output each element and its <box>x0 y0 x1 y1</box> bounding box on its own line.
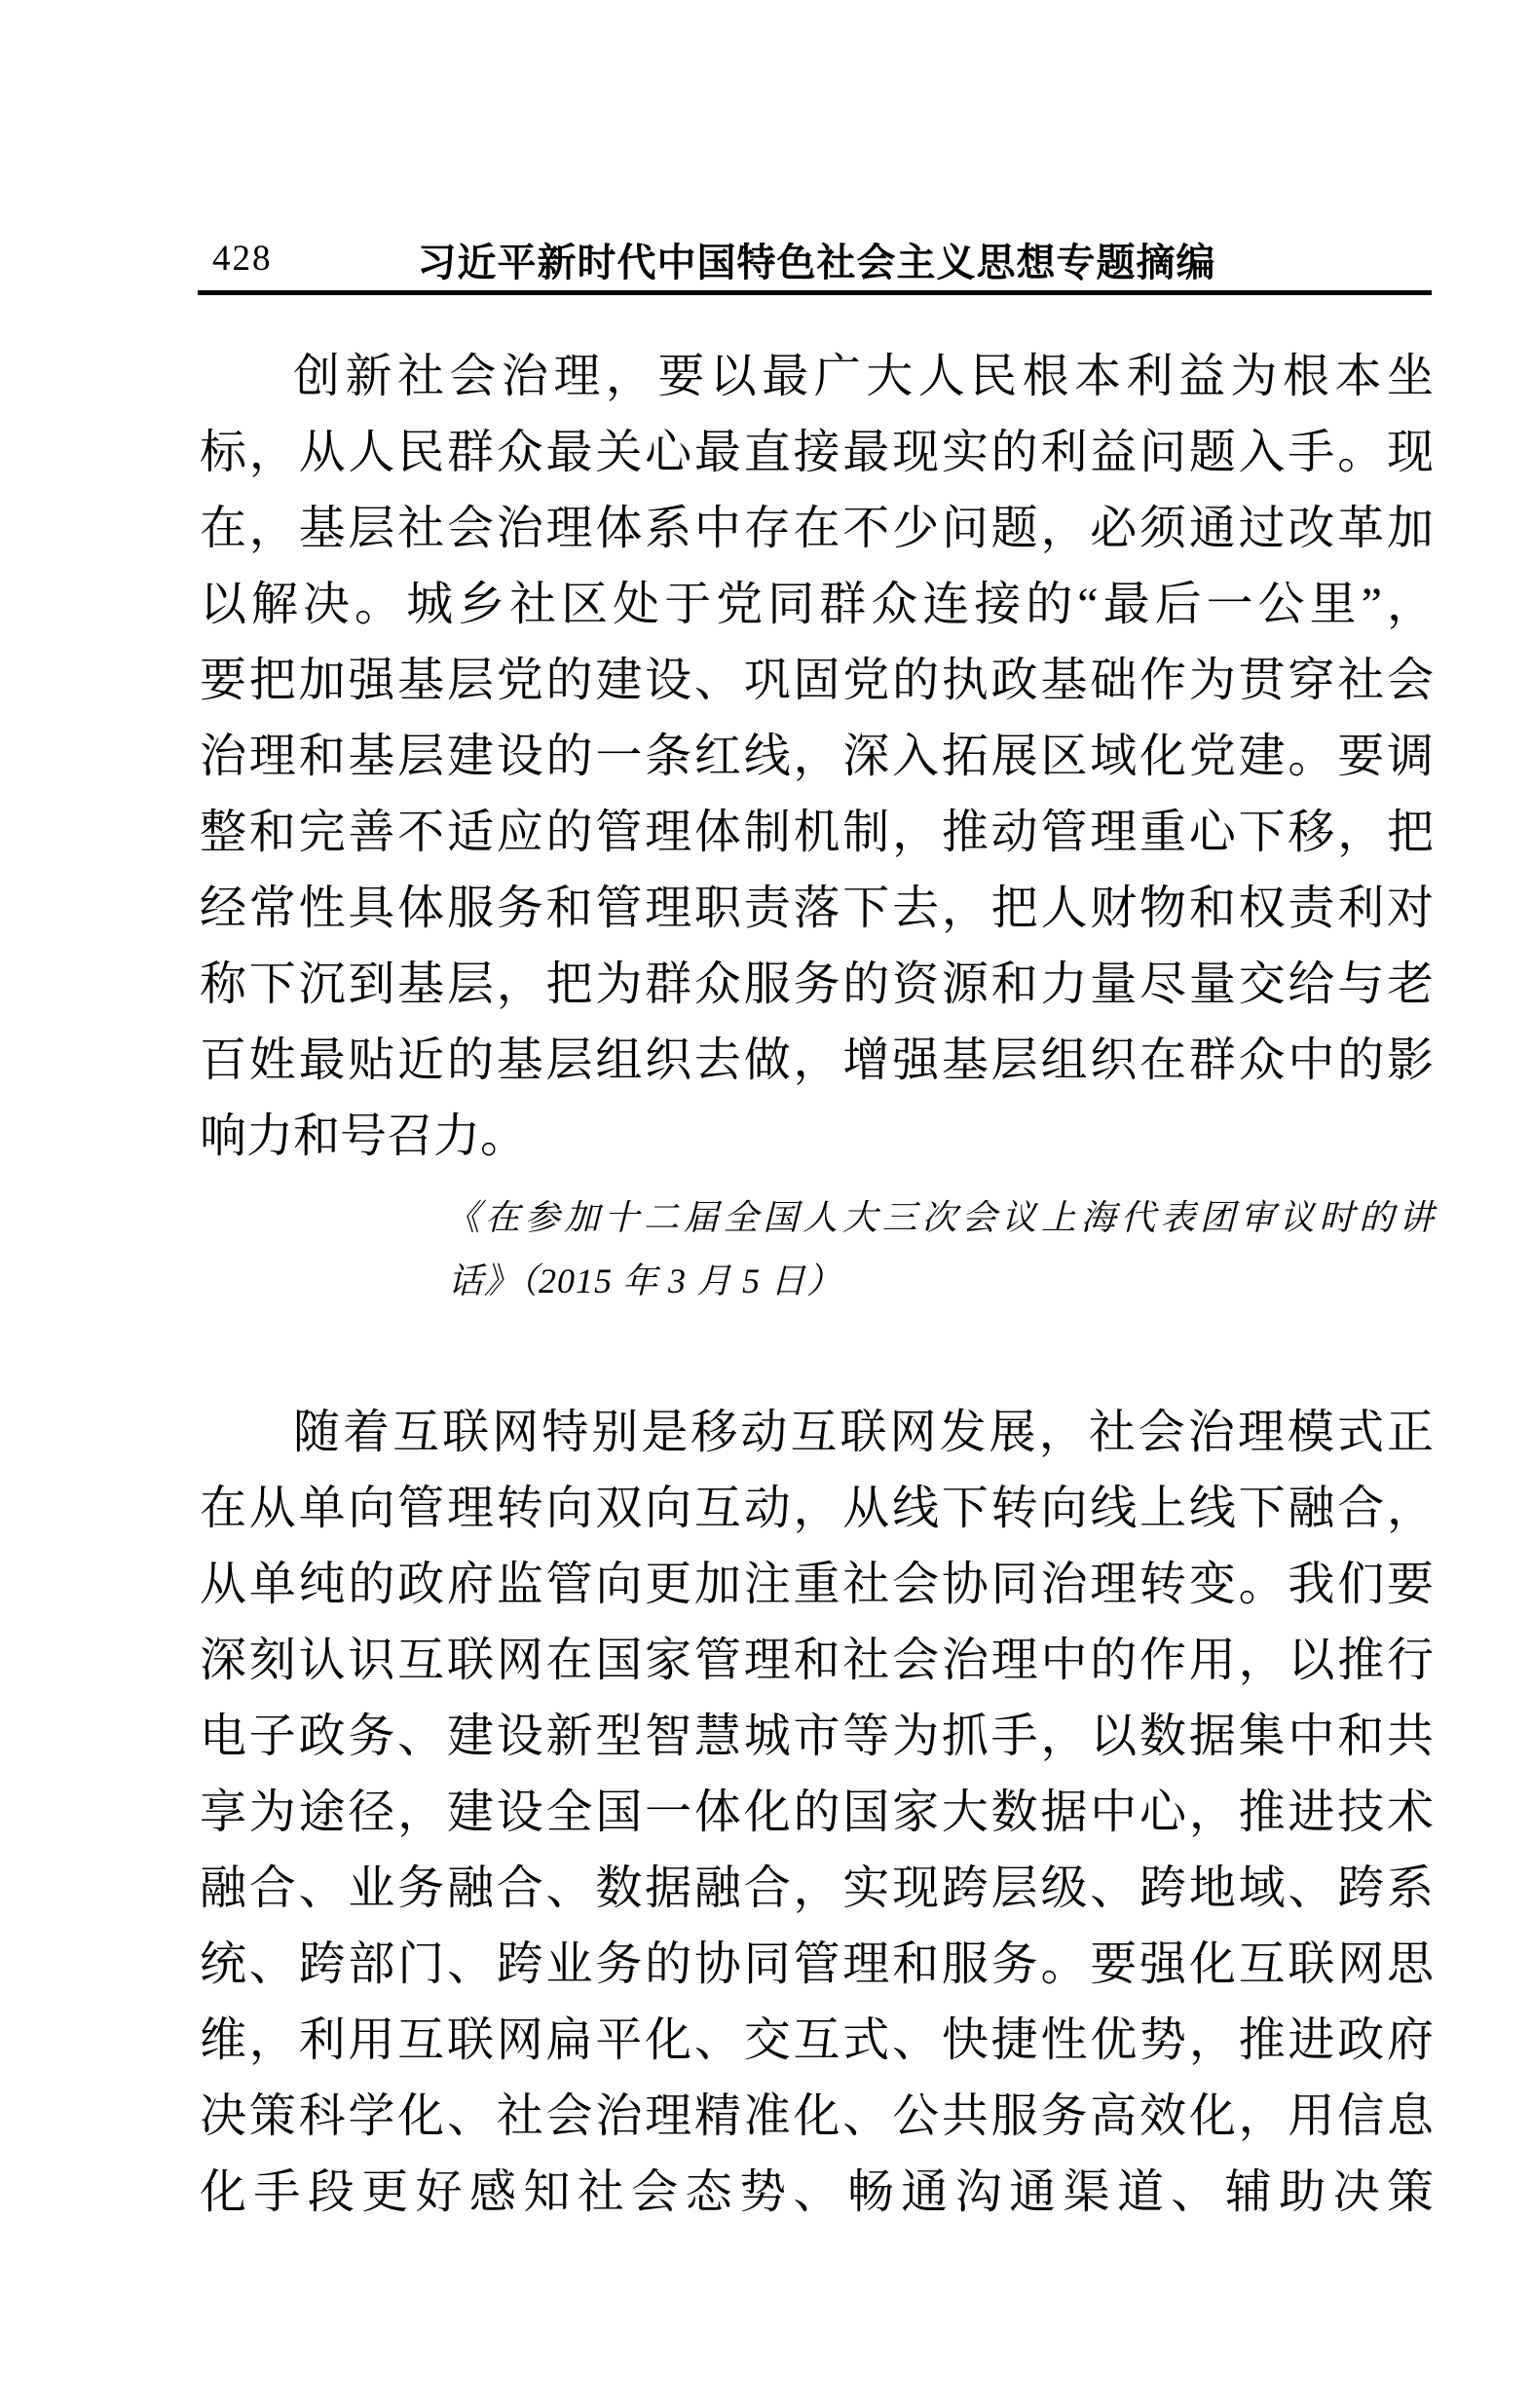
text-line: 享为途径，建设全国一体化的国家大数据中心，推进技术 <box>200 1775 1434 1851</box>
page-header: 428 习近平新时代中国特色社会主义思想专题摘编 <box>200 232 1434 281</box>
text-line: 称下沉到基层，把为群众服务的资源和力量尽量交给与老 <box>200 947 1434 1023</box>
text-line: 在从单向管理转向双向互动，从线下转向线上线下融合， <box>200 1471 1434 1547</box>
running-title: 习近平新时代中国特色社会主义思想专题摘编 <box>200 232 1434 287</box>
text-line: 响力和号召力。 <box>200 1099 1434 1175</box>
text-line: 从单纯的政府监管向更加注重社会协同治理转变。我们要 <box>200 1547 1434 1623</box>
text-line: 维，利用互联网扁平化、交互式、快捷性优势，推进政府 <box>200 2003 1434 2079</box>
book-page: 428 习近平新时代中国特色社会主义思想专题摘编 创新社会治理，要以最广大人民根… <box>0 0 1531 2408</box>
text-line: 化手段更好感知社会态势、畅通沟通渠道、辅助决策 <box>200 2155 1434 2231</box>
text-line: 经常性具体服务和管理职责落下去，把人财物和权责利对 <box>200 871 1434 947</box>
text-line: 随着互联网特别是移动互联网发展，社会治理模式正 <box>200 1395 1434 1471</box>
citation-line: 《在参加十二届全国人大三次会议上海代表团审议时的讲 <box>200 1186 1434 1250</box>
text-line: 创新社会治理，要以最广大人民根本利益为根本坐 <box>200 339 1434 415</box>
text-line: 融合、业务融合、数据融合，实现跨层级、跨地域、跨系 <box>200 1851 1434 1927</box>
text-line: 在，基层社会治理体系中存在不少问题，必须通过改革加 <box>200 491 1434 567</box>
text-line: 百姓最贴近的基层组织去做，增强基层组织在群众中的影 <box>200 1023 1434 1099</box>
header-rule <box>198 290 1432 295</box>
text-line: 决策科学化、社会治理精准化、公共服务高效化，用信息 <box>200 2079 1434 2155</box>
text-line: 要把加强基层党的建设、巩固党的执政基础作为贯穿社会 <box>200 643 1434 719</box>
text-line: 标，从人民群众最关心最直接最现实的利益问题入手。现 <box>200 415 1434 491</box>
source-citation: 《在参加十二届全国人大三次会议上海代表团审议时的讲 话》（2015 年 3 月 … <box>200 1186 1434 1313</box>
text-line: 以解决。城乡社区处于党同群众连接的“最后一公里”， <box>200 567 1434 643</box>
text-line: 治理和基层建设的一条红线，深入拓展区域化党建。要调 <box>200 719 1434 795</box>
text-line: 统、跨部门、跨业务的协同管理和服务。要强化互联网思 <box>200 1927 1434 2003</box>
citation-line: 话》（2015 年 3 月 5 日） <box>200 1250 1434 1313</box>
text-line: 深刻认识互联网在国家管理和社会治理中的作用，以推行 <box>200 1623 1434 1699</box>
text-line: 整和完善不适应的管理体制机制，推动管理重心下移，把 <box>200 795 1434 871</box>
paragraph-1: 创新社会治理，要以最广大人民根本利益为根本坐 标，从人民群众最关心最直接最现实的… <box>200 339 1434 1175</box>
text-line: 电子政务、建设新型智慧城市等为抓手，以数据集中和共 <box>200 1699 1434 1775</box>
paragraph-2: 随着互联网特别是移动互联网发展，社会治理模式正 在从单向管理转向双向互动，从线下… <box>200 1395 1434 2231</box>
